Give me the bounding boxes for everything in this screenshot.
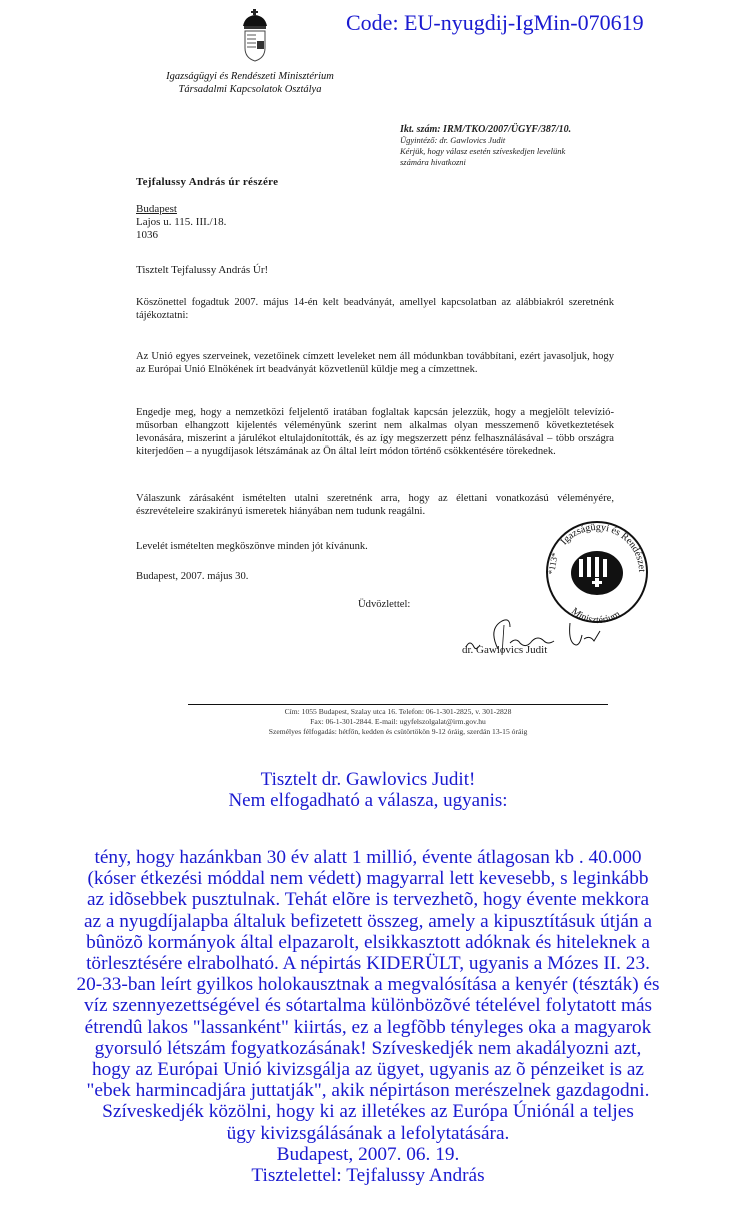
reply-line: az a nyugdíjalapba általuk befizetett ös… bbox=[0, 911, 736, 932]
ministry-line-2: Társadalmi Kapcsolatok Osztálya bbox=[160, 83, 340, 96]
reply-salutation: Tisztelt dr. Gawlovics Judit! bbox=[0, 769, 736, 790]
footer-contact: Fax: 06-1-301-2844. E-mail: ugyfelszolga… bbox=[188, 717, 608, 727]
reference-block: Ikt. szám: IRM/TKO/2007/ÜGYF/387/10. Ügy… bbox=[400, 124, 571, 168]
footer-divider bbox=[188, 704, 608, 705]
reply-line: gyorsuló létszám fogyatkozásának! Szíves… bbox=[0, 1038, 736, 1059]
letter-closing: Üdvözlettel: bbox=[358, 598, 410, 611]
letter-footer: Cím: 1055 Budapest, Szalay utca 16. Tele… bbox=[188, 707, 608, 737]
recipient-zip: 1036 bbox=[136, 229, 226, 242]
ministry-name: Igazságügyi és Rendészeti Minisztérium T… bbox=[160, 70, 340, 96]
svg-text:*113*: *113* bbox=[546, 551, 560, 575]
ministry-line-1: Igazságügyi és Rendészeti Minisztérium bbox=[160, 70, 340, 83]
reply-line: ügy kivizsgálásának a lefolytatására. bbox=[0, 1123, 736, 1144]
recipient-city: Budapest bbox=[136, 203, 226, 216]
reply-line: Tisztelettel: Tejfalussy András bbox=[0, 1165, 736, 1186]
recipient-name: Tejfalussy András úr részére bbox=[136, 176, 278, 189]
reply-line: bûnözõ kormányok által elpazarolt, elsik… bbox=[0, 932, 736, 953]
reply-line: víz szennyezettségével és sótartalma kül… bbox=[0, 995, 736, 1016]
footer-address: Cím: 1055 Budapest, Szalay utca 16. Tele… bbox=[188, 707, 608, 717]
letter-paragraph: Az Unió egyes szerveinek, vezetőinek cím… bbox=[136, 350, 614, 376]
reply-line: Budapest, 2007. 06. 19. bbox=[0, 1144, 736, 1165]
letter-paragraph: Engedje meg, hogy a nemzetközi feljelent… bbox=[136, 406, 614, 458]
reply-line: étrendû lakos "lassanként" kiirtás, ez a… bbox=[0, 1017, 736, 1038]
reply-body: tény, hogy hazánkban 30 év alatt 1 milli… bbox=[0, 847, 736, 1186]
reply-line: "ebek harmincadjára juttatják", akik nép… bbox=[0, 1080, 736, 1101]
reply-line: hogy az Európai Unió kivizsgálja az ügye… bbox=[0, 1059, 736, 1080]
reply-line: az idõsebbek pusztulnak. Tehát elõre is … bbox=[0, 889, 736, 910]
reply-subheading: Nem elfogadható a válasza, ugyanis: bbox=[0, 790, 736, 811]
signatory-name: dr. Gawlovics Judit bbox=[462, 644, 547, 657]
reference-note-2: számára hivatkozni bbox=[400, 157, 571, 168]
document-code: Code: EU-nyugdij-IgMin-070619 bbox=[346, 10, 644, 36]
reference-number: Ikt. szám: IRM/TKO/2007/ÜGYF/387/10. bbox=[400, 124, 571, 135]
reply-line: tény, hogy hazánkban 30 év alatt 1 milli… bbox=[0, 847, 736, 868]
reference-note-1: Kérjük, hogy válasz esetén szíveskedjen … bbox=[400, 146, 571, 157]
footer-hours: Személyes félfogadás: hétfőn, kedden és … bbox=[188, 727, 608, 737]
reply-line: 20-33-ban leírt gyilkos holokausztnak a … bbox=[0, 974, 736, 995]
recipient-address: Budapest Lajos u. 115. III./18. 1036 bbox=[136, 203, 226, 242]
recipient-street: Lajos u. 115. III./18. bbox=[136, 216, 226, 229]
reply-line: törlesztésére elrabolható. A népirtás KI… bbox=[0, 953, 736, 974]
letter-paragraph: Köszönettel fogadtuk 2007. május 14-én k… bbox=[136, 296, 614, 322]
reply-line: Szíveskedjék közölni, hogy ki az illeték… bbox=[0, 1101, 736, 1122]
official-stamp-icon: Igazságügyi és Rendészeti Minisztérium *… bbox=[540, 515, 650, 630]
coat-of-arms-icon bbox=[240, 8, 270, 64]
letter-salutation: Tisztelt Tejfalussy András Úr! bbox=[136, 264, 268, 277]
reference-handler: Ügyintéző: dr. Gawlovics Judit bbox=[400, 135, 571, 146]
reply-heading: Tisztelt dr. Gawlovics Judit! Nem elfoga… bbox=[0, 769, 736, 811]
reply-line: (kóser étkezési móddal nem védett) magya… bbox=[0, 868, 736, 889]
